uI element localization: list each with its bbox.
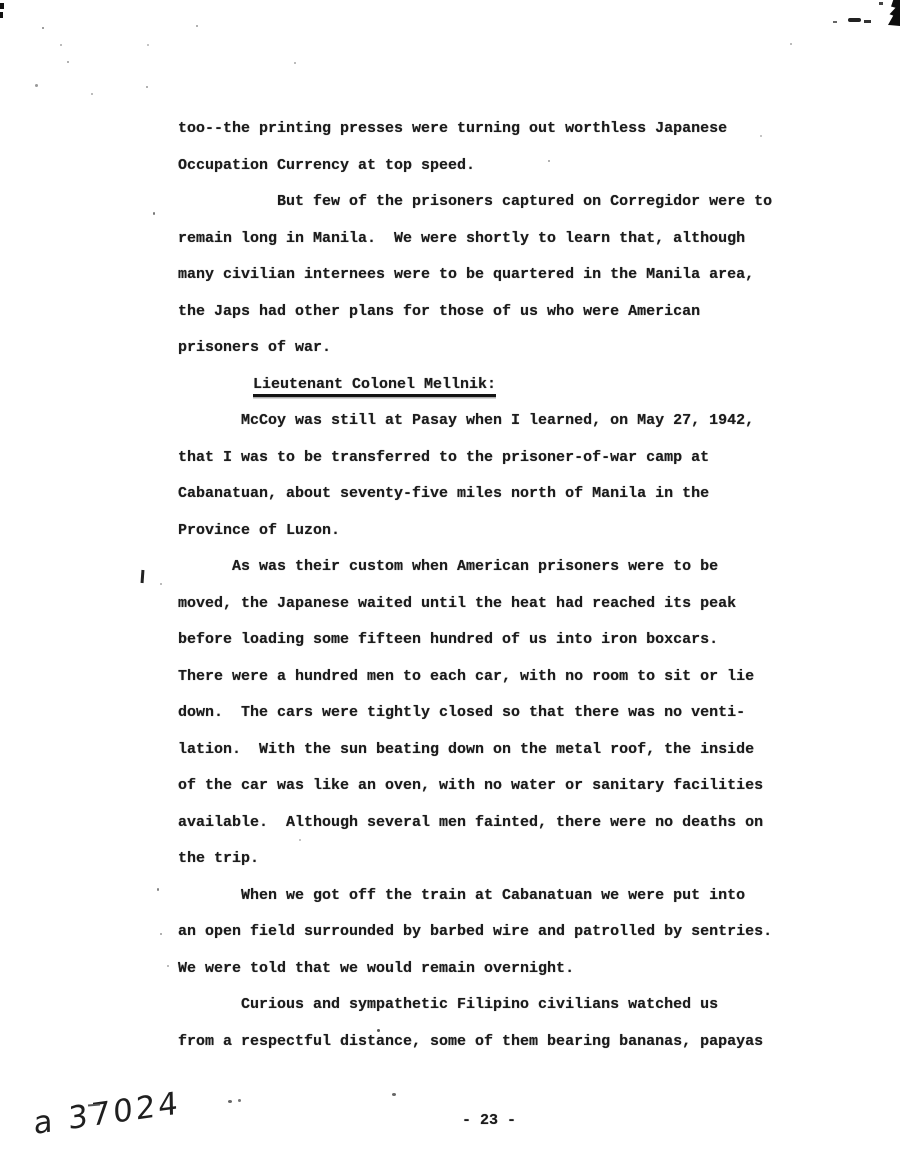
text-line: moved, the Japanese waited until the hea… bbox=[178, 595, 818, 632]
scan-speck bbox=[160, 583, 162, 585]
scan-pencil-mark bbox=[238, 1099, 241, 1102]
text-line: remain long in Manila. We were shortly t… bbox=[178, 230, 818, 267]
text-line: too--the printing presses were turning o… bbox=[178, 120, 818, 157]
text-line: the Japs had other plans for those of us… bbox=[178, 303, 818, 340]
scan-pencil-mark bbox=[377, 1029, 380, 1032]
text-line: available. Although several men fainted,… bbox=[178, 814, 818, 851]
scan-pencil-mark bbox=[392, 1093, 396, 1096]
scan-speck bbox=[536, 712, 538, 714]
scan-smear bbox=[833, 21, 837, 23]
page-number: - 23 - bbox=[462, 1112, 516, 1129]
scan-tick-mark bbox=[141, 570, 145, 583]
scan-speck bbox=[160, 933, 162, 935]
scanned-document-page: too--the printing presses were turning o… bbox=[0, 0, 900, 1166]
scan-mark-top-left bbox=[0, 3, 4, 9]
scan-blob-top-right bbox=[885, 0, 900, 26]
section-heading: Lieutenant Colonel Mellnik: bbox=[178, 376, 818, 413]
scan-speck bbox=[548, 160, 550, 162]
typewritten-text-block: too--the printing presses were turning o… bbox=[178, 120, 818, 1069]
scan-speck bbox=[157, 888, 159, 891]
handwritten-annotation: a 37024 bbox=[33, 1085, 181, 1142]
scan-speck bbox=[760, 135, 762, 137]
scan-speck bbox=[91, 93, 93, 95]
scan-speck bbox=[67, 61, 69, 63]
text-line: before loading some fifteen hundred of u… bbox=[178, 631, 818, 668]
text-line: of the car was like an oven, with no wat… bbox=[178, 777, 818, 814]
scan-pencil-mark bbox=[228, 1100, 232, 1103]
scan-speck bbox=[60, 44, 62, 46]
scan-speck bbox=[167, 965, 169, 967]
text-line: When we got off the train at Cabanatuan … bbox=[178, 887, 818, 924]
text-line: Cabanatuan, about seventy-five miles nor… bbox=[178, 485, 818, 522]
text-line: We were told that we would remain overni… bbox=[178, 960, 818, 997]
scan-speck bbox=[879, 2, 883, 5]
text-line: down. The cars were tightly closed so th… bbox=[178, 704, 818, 741]
text-line: the trip. bbox=[178, 850, 818, 887]
scan-speck bbox=[294, 62, 296, 64]
text-line: many civilian internees were to be quart… bbox=[178, 266, 818, 303]
scan-speck bbox=[299, 839, 301, 841]
section-heading-text: Lieutenant Colonel Mellnik: bbox=[253, 376, 496, 397]
scan-smear bbox=[864, 20, 871, 23]
text-line: But few of the prisoners captured on Cor… bbox=[178, 193, 818, 230]
text-line: Occupation Currency at top speed. bbox=[178, 157, 818, 194]
text-line: Curious and sympathetic Filipino civilia… bbox=[178, 996, 818, 1033]
text-line: that I was to be transferred to the pris… bbox=[178, 449, 818, 486]
scan-speck bbox=[147, 44, 149, 46]
text-line: from a respectful distance, some of them… bbox=[178, 1033, 818, 1070]
scan-speck bbox=[35, 84, 38, 87]
scan-smear bbox=[848, 18, 861, 22]
text-line: There were a hundred men to each car, wi… bbox=[178, 668, 818, 705]
scan-mark-top-left bbox=[0, 12, 3, 18]
text-line: McCoy was still at Pasay when I learned,… bbox=[178, 412, 818, 449]
scan-speck bbox=[146, 86, 148, 88]
scan-speck bbox=[196, 25, 198, 27]
text-line: prisoners of war. bbox=[178, 339, 818, 376]
scan-speck bbox=[42, 27, 44, 29]
text-line: As was their custom when American prison… bbox=[178, 558, 818, 595]
scan-speck bbox=[153, 212, 155, 215]
text-line: an open field surrounded by barbed wire … bbox=[178, 923, 818, 960]
text-line: Province of Luzon. bbox=[178, 522, 818, 559]
scan-speck bbox=[790, 43, 792, 45]
text-line: lation. With the sun beating down on the… bbox=[178, 741, 818, 778]
